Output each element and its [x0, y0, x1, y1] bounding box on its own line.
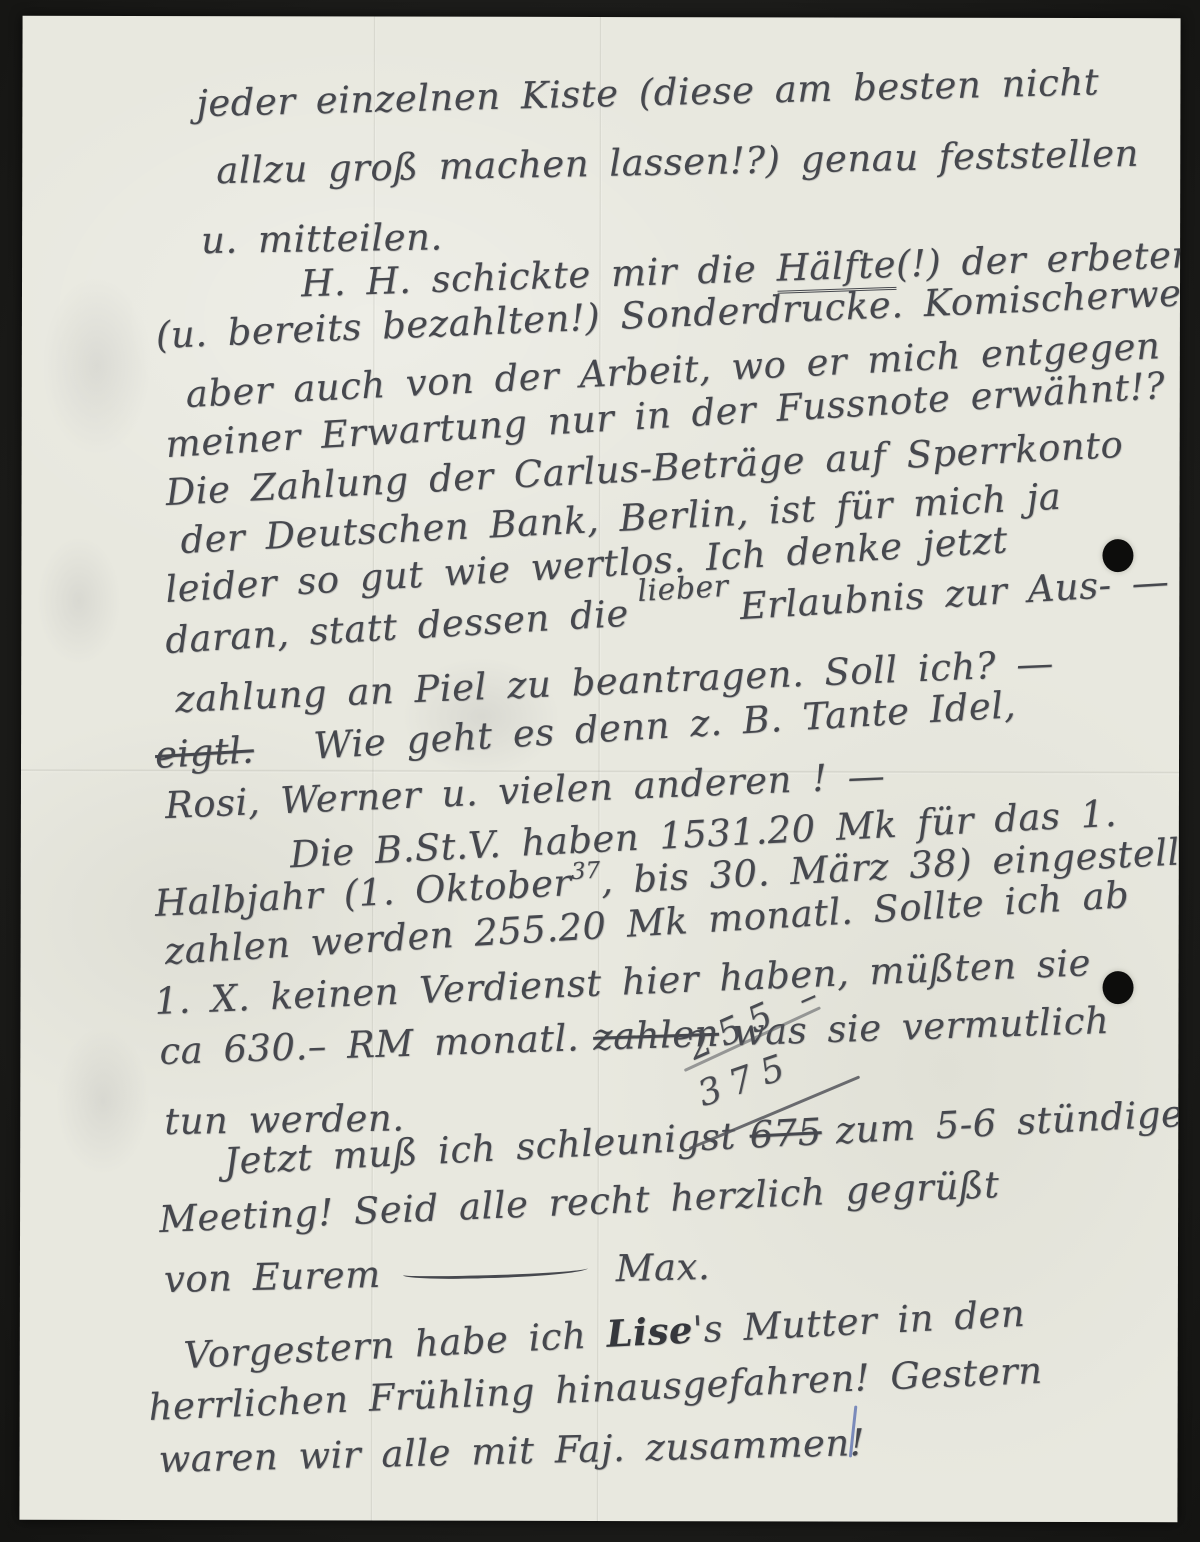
line-03-text: u. mitteilen. — [201, 215, 443, 262]
graphite-smudge — [42, 276, 152, 456]
line-26: waren wir alle mit Faj. zusammen! — [158, 1421, 865, 1481]
letter-page: jeder einzelnen Kiste (diese am besten n… — [19, 16, 1180, 1522]
line-02: allzu groß machen lassen!?) genau festst… — [216, 132, 1139, 192]
signature-flourish — [402, 1263, 587, 1280]
line-01: jeder einzelnen Kiste (diese am besten n… — [196, 60, 1100, 125]
line-24-pre: Vorgestern habe ich — [183, 1313, 608, 1377]
line-24-post: 's Mutter in den — [692, 1292, 1026, 1352]
closing-von-eurem: von Eurem — [163, 1253, 381, 1301]
overwritten-name-lise: Lise — [605, 1308, 694, 1356]
line-23: von EuremMax. — [163, 1245, 710, 1301]
signature-max: Max. — [615, 1245, 711, 1290]
line-03: u. mitteilen. — [201, 215, 443, 262]
line-01-text: jeder einzelnen Kiste (diese am besten n… — [196, 60, 1100, 125]
line-02-text: allzu groß machen lassen!?) genau festst… — [216, 132, 1139, 192]
graphite-smudge — [55, 1026, 150, 1176]
inserted-word-lieber: lieber — [636, 569, 729, 609]
scan-background: { "scene": { "background_color": "#1c1c1… — [0, 0, 1200, 1542]
line-26-text: waren wir alle mit Faj. zusammen! — [158, 1421, 865, 1481]
superscript-37: 37 — [570, 858, 601, 885]
graphite-smudge — [36, 536, 121, 666]
line-21-post: zum 5-6 stündigen — [835, 1091, 1181, 1153]
struck-word-eigtl: eigtl. — [154, 728, 255, 777]
line-19-pre: ca 630.– RM monatl. — [159, 1016, 580, 1073]
